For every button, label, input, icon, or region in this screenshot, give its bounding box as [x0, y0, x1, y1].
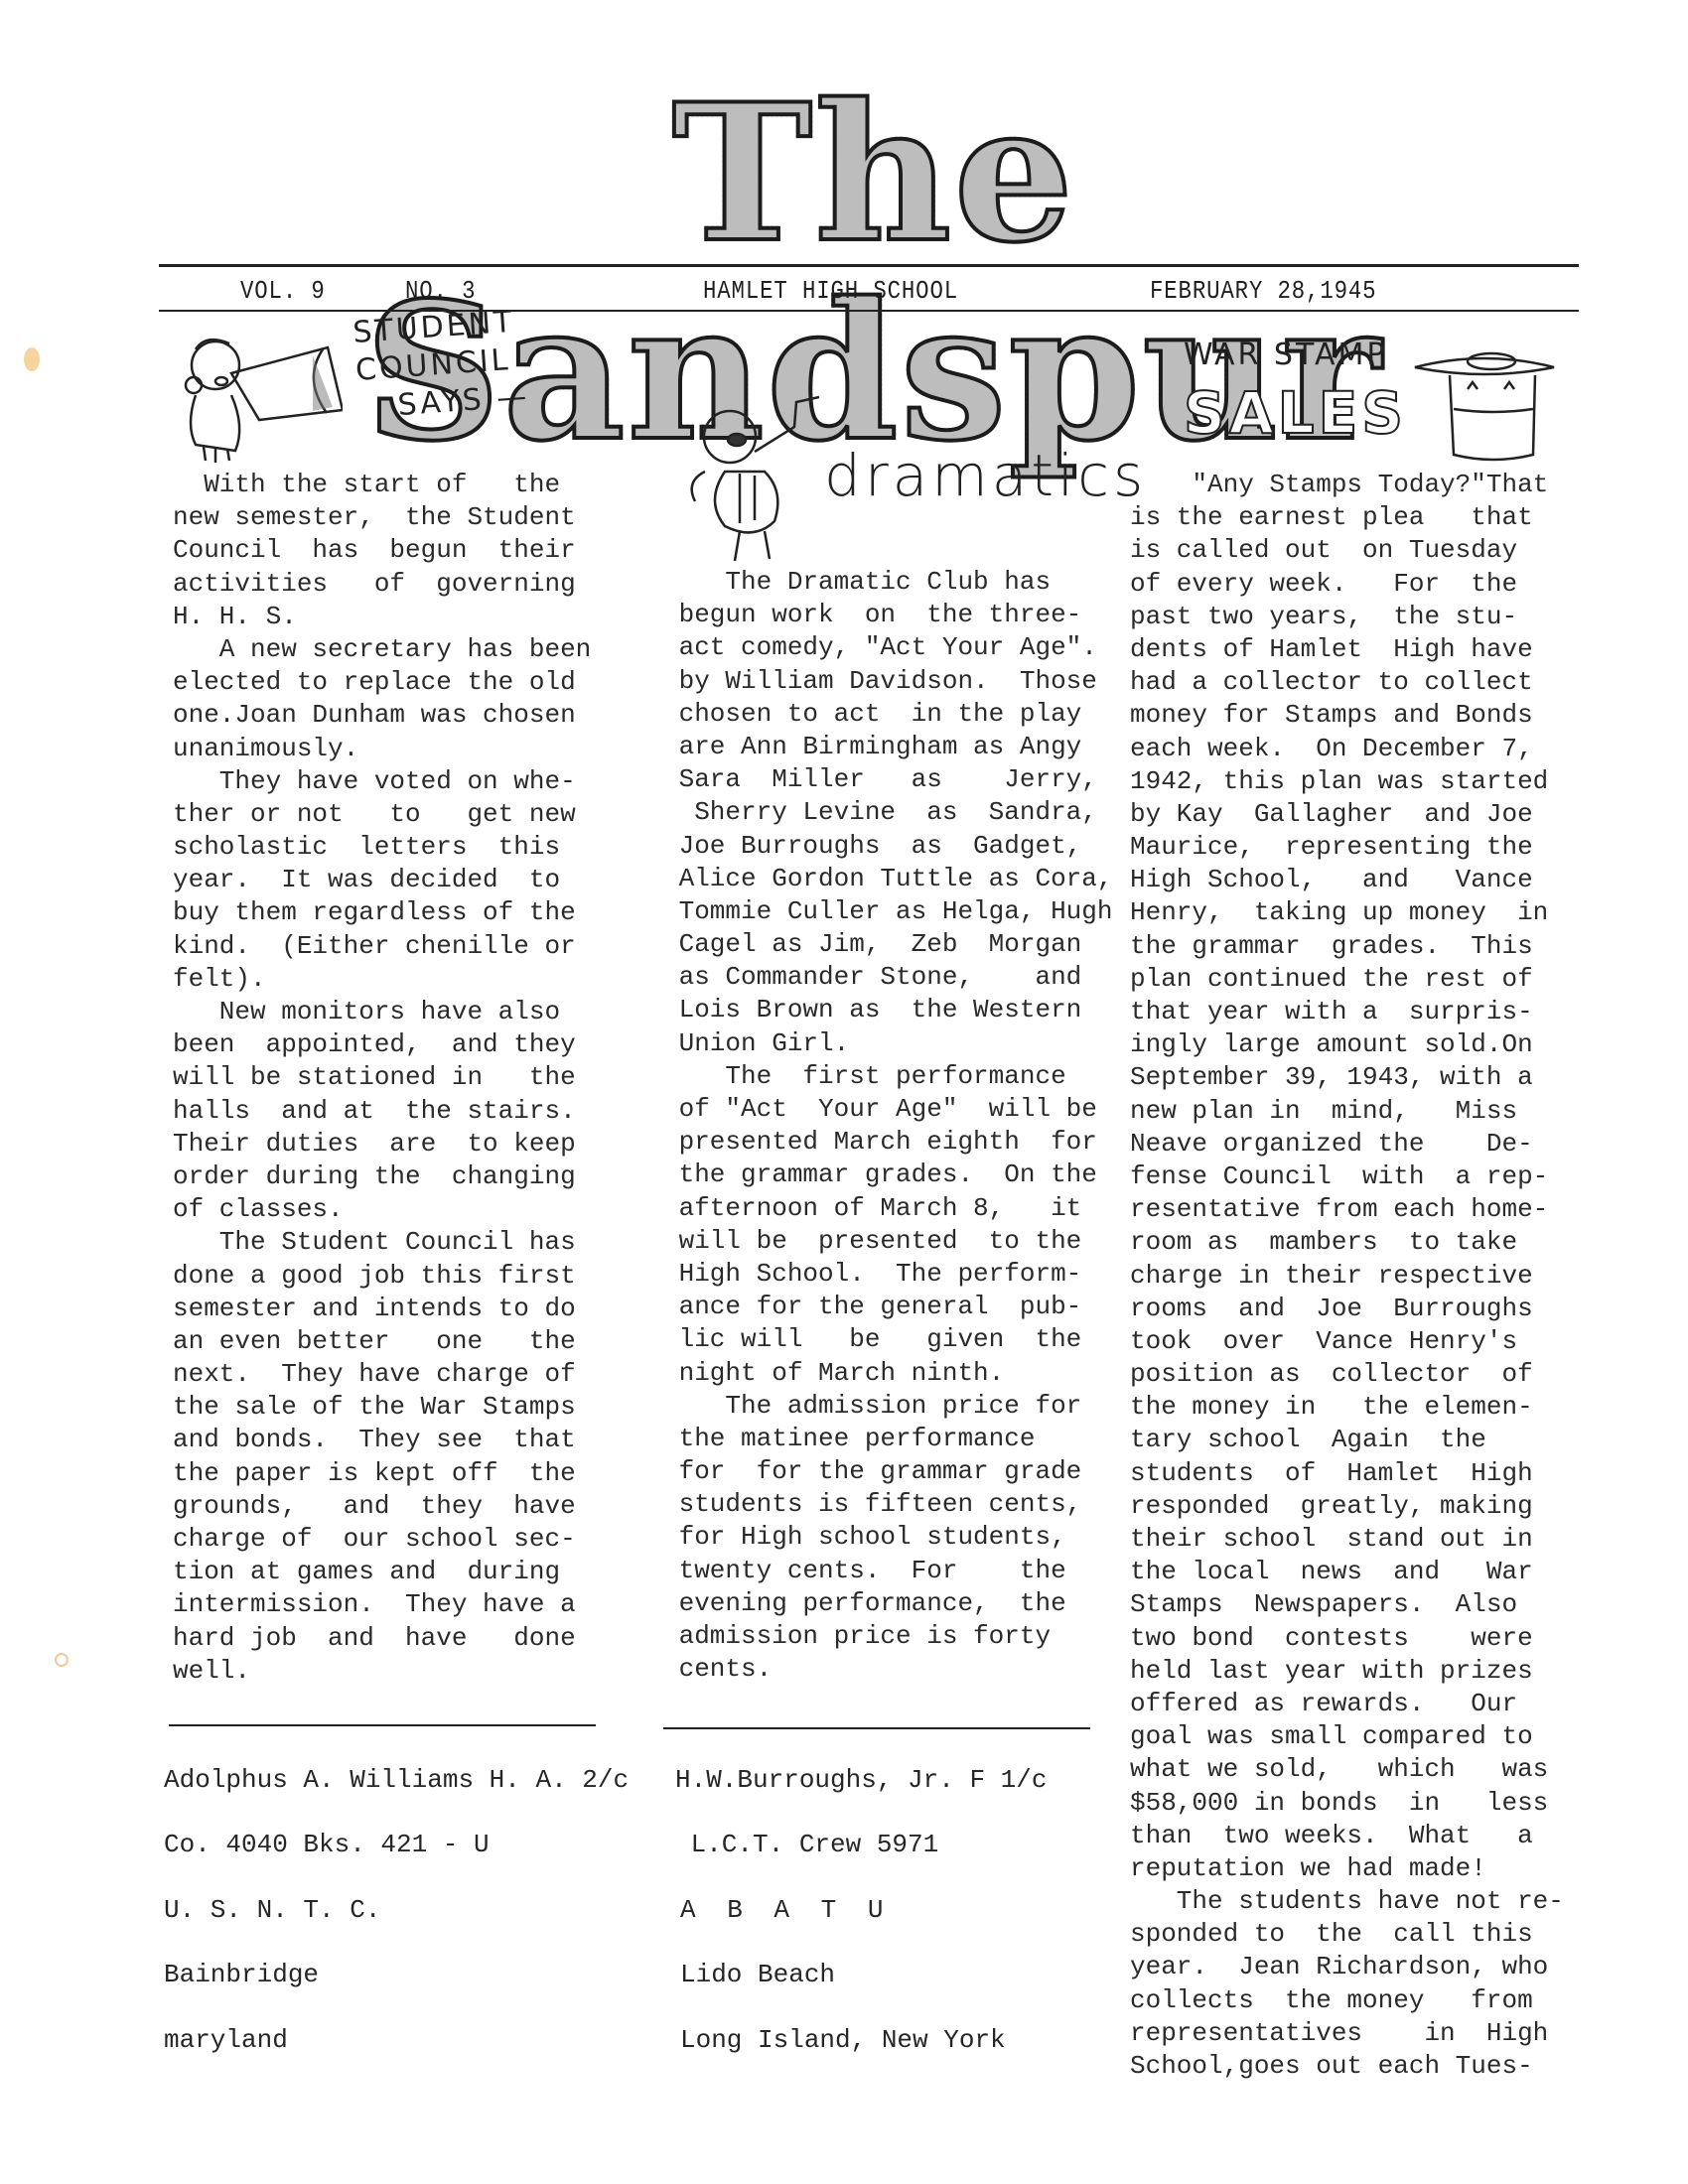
article-line: two bond contests were [1130, 1622, 1564, 1655]
article-line: Union Girl. [663, 1027, 1112, 1060]
masthead-rule-bottom [159, 310, 1579, 312]
article-line: year. It was decided to [173, 864, 591, 896]
article-line: collects the money from [1130, 1984, 1564, 2017]
article-line: for for the grammar grade [663, 1455, 1112, 1488]
article-line: representatives in High [1130, 2017, 1564, 2050]
paper-stain [24, 347, 40, 371]
war-stamp-illustration [1410, 347, 1559, 467]
article-line: the local news and War [1130, 1556, 1564, 1588]
war-stamps-article: "Any Stamps Today?"Thatis the earnest pl… [1130, 469, 1564, 2083]
address-line: Long Island, New York [680, 2025, 1006, 2055]
article-line: Lois Brown as the Western [663, 994, 1112, 1026]
article-line: activities of governing [173, 568, 591, 601]
article-line: "Any Stamps Today?"That [1130, 469, 1564, 501]
article-line: next. They have charge of [173, 1358, 591, 1391]
article-line: Their duties are to keep [173, 1128, 591, 1160]
article-line: by Kay Gallagher and Joe [1130, 798, 1564, 831]
article-line: felt). [173, 963, 591, 996]
article-line: The Dramatic Club has [663, 566, 1112, 599]
article-line: School,goes out each Tues- [1130, 2050, 1564, 2083]
dramatics-article: The Dramatic Club has begun work on the … [663, 566, 1112, 1686]
article-line: Joe Burroughs as Gadget, [663, 830, 1112, 863]
article-line: the paper is kept off the [173, 1457, 591, 1490]
article-line: than two weeks. What a [1130, 1820, 1564, 1852]
article-line: The Student Council has [173, 1226, 591, 1259]
article-line: of classes. [173, 1193, 591, 1226]
article-line: position as collector of [1130, 1358, 1564, 1391]
address-line: Co. 4040 Bks. 421 - U [164, 1830, 490, 1859]
war-stamp-heading: WAR STAMP [1184, 338, 1387, 373]
address-line: Bainbridge [164, 1960, 319, 1989]
article-line: Neave organized the De- [1130, 1128, 1564, 1160]
article-line: goal was small compared to [1130, 1720, 1564, 1753]
article-line: Stamps Newspapers. Also [1130, 1588, 1564, 1621]
article-line: each week. On December 7, [1130, 733, 1564, 765]
address-line: L.C.T. Crew 5971 [675, 1830, 938, 1859]
address-line: Lido Beach [680, 1960, 835, 1989]
article-line: are Ann Birmingham as Angy [663, 731, 1112, 763]
article-line: night of March ninth. [663, 1357, 1112, 1390]
article-line: took over Vance Henry's [1130, 1325, 1564, 1358]
article-line: tary school Again the [1130, 1424, 1564, 1456]
article-line: the sale of the War Stamps [173, 1391, 591, 1424]
issue-date: FEBRUARY 28,1945 [1150, 276, 1376, 306]
article-line: plan continued the rest of [1130, 963, 1564, 996]
article-line: kind. (Either chenille or [173, 930, 591, 963]
article-line: past two years, the stu- [1130, 601, 1564, 633]
article-line: charge of our school sec- [173, 1523, 591, 1556]
article-line: Council has begun their [173, 534, 591, 567]
top-hat-icon [1410, 347, 1559, 467]
volume-label: VOL. 9 [240, 276, 326, 306]
article-line: The first performance [663, 1060, 1112, 1093]
article-line: the matinee performance [663, 1423, 1112, 1455]
article-line: semester and intends to do [173, 1293, 591, 1325]
article-line: begun work on the three- [663, 599, 1112, 631]
article-line: buy them regardless of the [173, 896, 591, 929]
article-line: room as mambers to take [1130, 1226, 1564, 1259]
article-line: dents of Hamlet High have [1130, 633, 1564, 666]
student-council-heading: STUDENT COUNCIL SAYS — [352, 301, 557, 428]
article-line: year. Jean Richardson, who [1130, 1951, 1564, 1983]
article-line: New monitors have also [173, 996, 591, 1028]
article-line: lic will be given the [663, 1323, 1112, 1356]
article-line: and bonds. They see that [173, 1424, 591, 1456]
article-line: reputation we had made! [1130, 1852, 1564, 1885]
article-line: A new secretary has been [173, 633, 591, 666]
student-council-illustration [174, 316, 343, 465]
article-line: the grammar grades. This [1130, 930, 1564, 963]
article-line: twenty cents. For the [663, 1555, 1112, 1587]
article-line: one.Joan Dunham was chosen [173, 699, 591, 732]
article-line: afternoon of March 8, it [663, 1192, 1112, 1225]
article-line: responded greatly, making [1130, 1490, 1564, 1523]
paper-stain [55, 1653, 69, 1667]
article-line: ance for the general pub- [663, 1291, 1112, 1323]
article-line: The admission price for [663, 1390, 1112, 1423]
article-line: charge in their respective [1130, 1260, 1564, 1293]
article-line: $58,000 in bonds in less [1130, 1787, 1564, 1820]
article-line: With the start of the [173, 469, 591, 501]
article-line: They have voted on whe- [173, 765, 591, 798]
article-line: resentative from each home- [1130, 1193, 1564, 1226]
issue-info-bar: VOL. 9 NO. 3 HAMLET HIGH SCHOOL FEBRUARY… [159, 272, 1579, 312]
article-line: new semester, the Student [173, 501, 591, 534]
article-line: an even better one the [173, 1325, 591, 1358]
article-line: Henry, taking up money in [1130, 896, 1564, 929]
article-line: scholastic letters this [173, 831, 591, 864]
article-line: September 39, 1943, with a [1130, 1061, 1564, 1094]
article-line: students of Hamlet High [1130, 1457, 1564, 1490]
article-line: well. [173, 1655, 591, 1688]
article-line: of every week. For the [1130, 568, 1564, 601]
article-end-rule-middle [663, 1727, 1090, 1729]
article-line: will be presented to the [663, 1225, 1112, 1258]
article-line: 1942, this plan was started [1130, 765, 1564, 798]
article-line: Alice Gordon Tuttle as Cora, [663, 863, 1112, 895]
article-line: Maurice, representing the [1130, 831, 1564, 864]
sales-heading: SALES [1184, 379, 1407, 447]
article-line: is called out on Tuesday [1130, 534, 1564, 567]
article-line: order during the changing [173, 1160, 591, 1193]
article-line: Sherry Levine as Sandra, [663, 796, 1112, 829]
student-council-article: With the start of thenew semester, the S… [173, 469, 591, 1688]
article-line: H. H. S. [173, 601, 591, 633]
dramatics-illustration [685, 392, 824, 566]
article-line: by William Davidson. Those [663, 665, 1112, 698]
school-name: HAMLET HIGH SCHOOL [703, 276, 958, 306]
article-line: rooms and Joe Burroughs [1130, 1293, 1564, 1325]
article-line: act comedy, "Act Your Age". [663, 631, 1112, 664]
article-line: Sara Miller as Jerry, [663, 763, 1112, 796]
article-line: admission price is forty [663, 1620, 1112, 1653]
article-line: The students have not re- [1130, 1885, 1564, 1918]
article-line: as Commander Stone, and [663, 961, 1112, 994]
address-line: U. S. N. T. C. [164, 1895, 380, 1925]
address-line: maryland [164, 2025, 288, 2055]
article-line: High School, and Vance [1130, 864, 1564, 896]
article-line: Cagel as Jim, Zeb Morgan [663, 928, 1112, 961]
article-line: grounds, and they have [173, 1490, 591, 1523]
article-line: cents. [663, 1653, 1112, 1686]
article-line: done a good job this first [173, 1260, 591, 1293]
masthead-rule-top [159, 264, 1579, 267]
article-line: the grammar grades. On the [663, 1159, 1112, 1191]
article-end-rule-left [169, 1724, 596, 1726]
article-line: will be stationed in the [173, 1061, 591, 1094]
address-line: A B A T U [680, 1895, 891, 1925]
article-line: hard job and have done [173, 1622, 591, 1655]
article-line: ingly large amount sold.On [1130, 1028, 1564, 1061]
article-line: that year with a surpris- [1130, 996, 1564, 1028]
article-line: chosen to act in the play [663, 698, 1112, 731]
article-line: intermission. They have a [173, 1588, 591, 1621]
article-line: is the earnest plea that [1130, 501, 1564, 534]
masthead: The Sandspur [308, 55, 1440, 273]
article-line: elected to replace the old [173, 666, 591, 699]
article-line: High School. The perform- [663, 1258, 1112, 1291]
article-line: what we sold, which was [1130, 1753, 1564, 1786]
dramatics-heading: dramatics [824, 442, 1147, 509]
article-line: sponded to the call this [1130, 1918, 1564, 1951]
article-line: ther or not to get new [173, 798, 591, 831]
article-line: offered as rewards. Our [1130, 1688, 1564, 1720]
article-line: had a collector to collect [1130, 666, 1564, 699]
article-line: students is fifteen cents, [663, 1488, 1112, 1521]
article-line: fense Council with a rep- [1130, 1160, 1564, 1193]
article-line: new plan in mind, Miss [1130, 1095, 1564, 1128]
article-line: halls and at the stairs. [173, 1095, 591, 1128]
article-line: evening performance, the [663, 1587, 1112, 1620]
article-line: been appointed, and they [173, 1028, 591, 1061]
article-line: for High school students, [663, 1521, 1112, 1554]
article-line: unanimously. [173, 733, 591, 765]
article-line: their school stand out in [1130, 1523, 1564, 1556]
article-line: Tommie Culler as Helga, Hugh [663, 895, 1112, 928]
jester-icon [685, 392, 824, 566]
article-line: tion at games and during [173, 1556, 591, 1588]
address-line: Adolphus A. Williams H. A. 2/c [164, 1765, 629, 1795]
article-line: of "Act Your Age" will be [663, 1093, 1112, 1126]
girl-megaphone-icon [174, 316, 343, 465]
article-line: presented March eighth for [663, 1126, 1112, 1159]
article-line: held last year with prizes [1130, 1655, 1564, 1688]
issue-number: NO. 3 [405, 276, 476, 306]
article-line: money for Stamps and Bonds [1130, 699, 1564, 732]
article-line: the money in the elemen- [1130, 1391, 1564, 1424]
address-line: H.W.Burroughs, Jr. F 1/c [675, 1765, 1047, 1795]
